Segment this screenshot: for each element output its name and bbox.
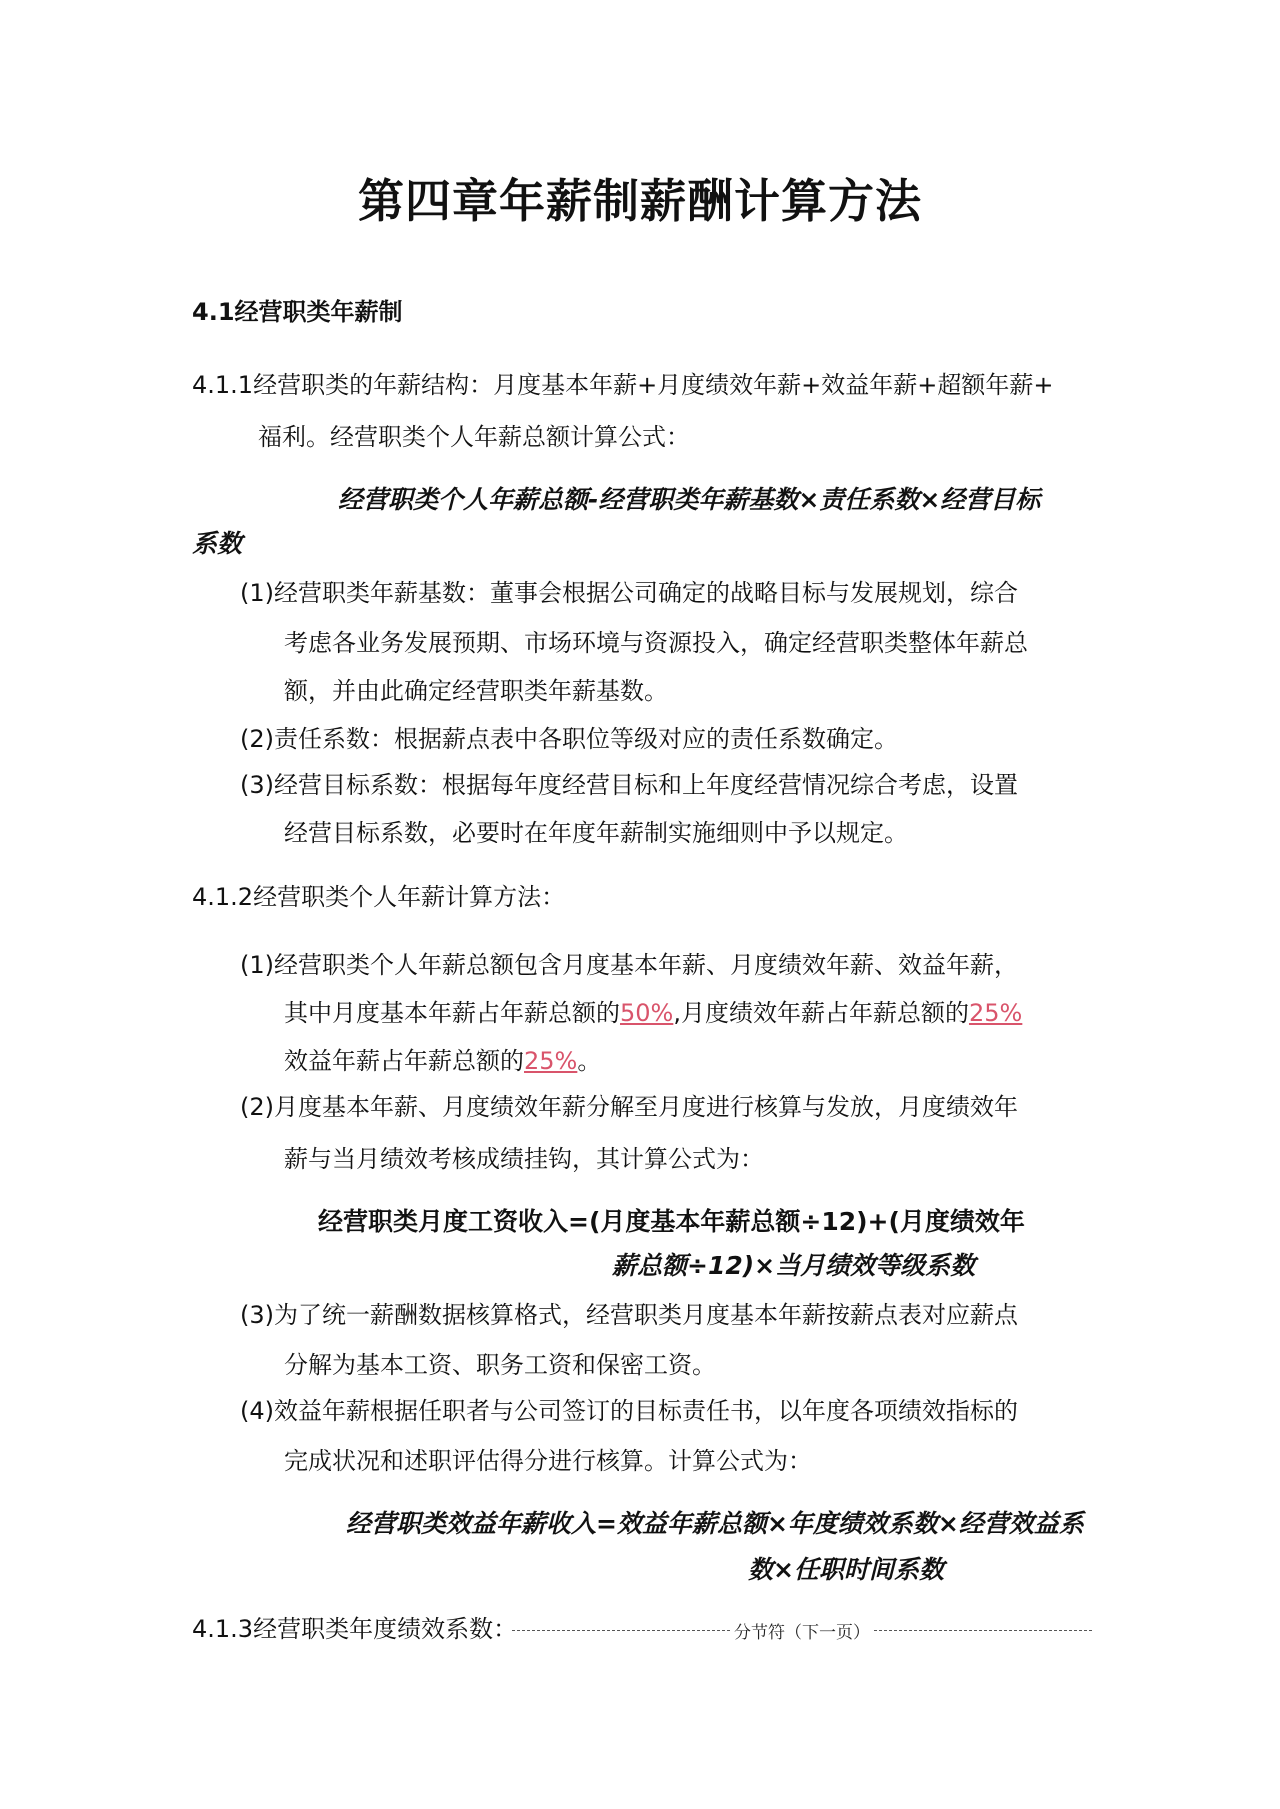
section-heading-4-1: 4.1经营职类年薪制 [192,292,403,327]
calc-item-2-line2: 薪与当月绩效考核成绩挂钩，其计算公式为： [284,1144,764,1174]
document-page: 第四章年薪制薪酬计算方法 4.1经营职类年薪制 4.1.1经营职类的年薪结构：月… [0,0,1280,1809]
calc-item-4-line1: (4)效益年薪根据任职者与公司签订的目标责任书，以年度各项绩效指标的 [240,1396,1018,1426]
section-heading-4-1-2: 4.1.2经营职类个人年薪计算方法： [192,882,565,912]
percent-benefit: 25% [524,1047,577,1075]
section-break-marker: 分节符（下一页） [512,1618,1092,1643]
list-item-3-line2: 经营目标系数，必要时在年度年薪制实施细则中予以规定。 [284,818,908,848]
calc-item-1-line2: 其中月度基本年薪占年薪总额的50%,月度绩效年薪占年薪总额的25% [284,998,1022,1028]
text: 其中月度基本年薪占年薪总额的 [284,999,620,1027]
list-item-1-line3: 额，并由此确定经营职类年薪基数。 [284,676,668,706]
formula-annual-total-line2: 系数 [192,524,242,560]
text: 。 [577,1047,601,1075]
formula-monthly-income-line1: 经营职类月度工资收入=(月度基本年薪总额÷12)+(月度绩效年 [318,1202,1025,1238]
list-item-3-line1: (3)经营目标系数：根据每年度经营目标和上年度经营情况综合考虑，设置 [240,770,1018,800]
paragraph-4-1-1-line2: 福利。经营职类个人年薪总额计算公式： [258,422,690,452]
section-break-label: 分节符（下一页） [730,1618,874,1643]
chapter-title: 第四章年薪制薪酬计算方法 [0,165,1280,231]
percent-monthly-performance: 25% [969,999,1022,1027]
text: ,月度绩效年薪占年薪总额的 [673,999,969,1027]
percent-monthly-base: 50% [620,999,673,1027]
calc-item-3-line1: (3)为了统一薪酬数据核算格式，经营职类月度基本年薪按薪点表对应薪点 [240,1300,1018,1330]
dashed-line-left [512,1630,730,1631]
calc-item-4-line2: 完成状况和述职评估得分进行核算。计算公式为： [284,1446,812,1476]
calc-item-1-line3: 效益年薪占年薪总额的25%。 [284,1046,601,1076]
calc-item-3-line2: 分解为基本工资、职务工资和保密工资。 [284,1350,716,1380]
formula-benefit-income-line2: 数×任职时间系数 [748,1550,944,1586]
calc-item-1-line1: (1)经营职类个人年薪总额包含月度基本年薪、月度绩效年薪、效益年薪， [240,950,1018,980]
paragraph-4-1-1-line1: 4.1.1经营职类的年薪结构：月度基本年薪+月度绩效年薪+效益年薪+超额年薪+ [192,370,1054,400]
formula-annual-total-line1: 经营职类个人年薪总额-经营职类年薪基数×责任系数×经营目标 [338,480,1040,516]
list-item-2-line1: (2)责任系数：根据薪点表中各职位等级对应的责任系数确定。 [240,724,898,754]
list-item-1-line2: 考虑各业务发展预期、市场环境与资源投入，确定经营职类整体年薪总 [284,628,1028,658]
formula-monthly-income-line2: 薪总额÷12)×当月绩效等级系数 [612,1246,975,1282]
list-item-1-line1: (1)经营职类年薪基数：董事会根据公司确定的战略目标与发展规划，综合 [240,578,1018,608]
section-heading-4-1-3: 4.1.3经营职类年度绩效系数： [192,1614,517,1644]
formula-benefit-income-line1: 经营职类效益年薪收入=效益年薪总额×年度绩效系数×经营效益系 [346,1504,1084,1540]
text: 效益年薪占年薪总额的 [284,1047,524,1075]
dashed-line-right [874,1630,1092,1631]
calc-item-2-line1: (2)月度基本年薪、月度绩效年薪分解至月度进行核算与发放，月度绩效年 [240,1092,1018,1122]
